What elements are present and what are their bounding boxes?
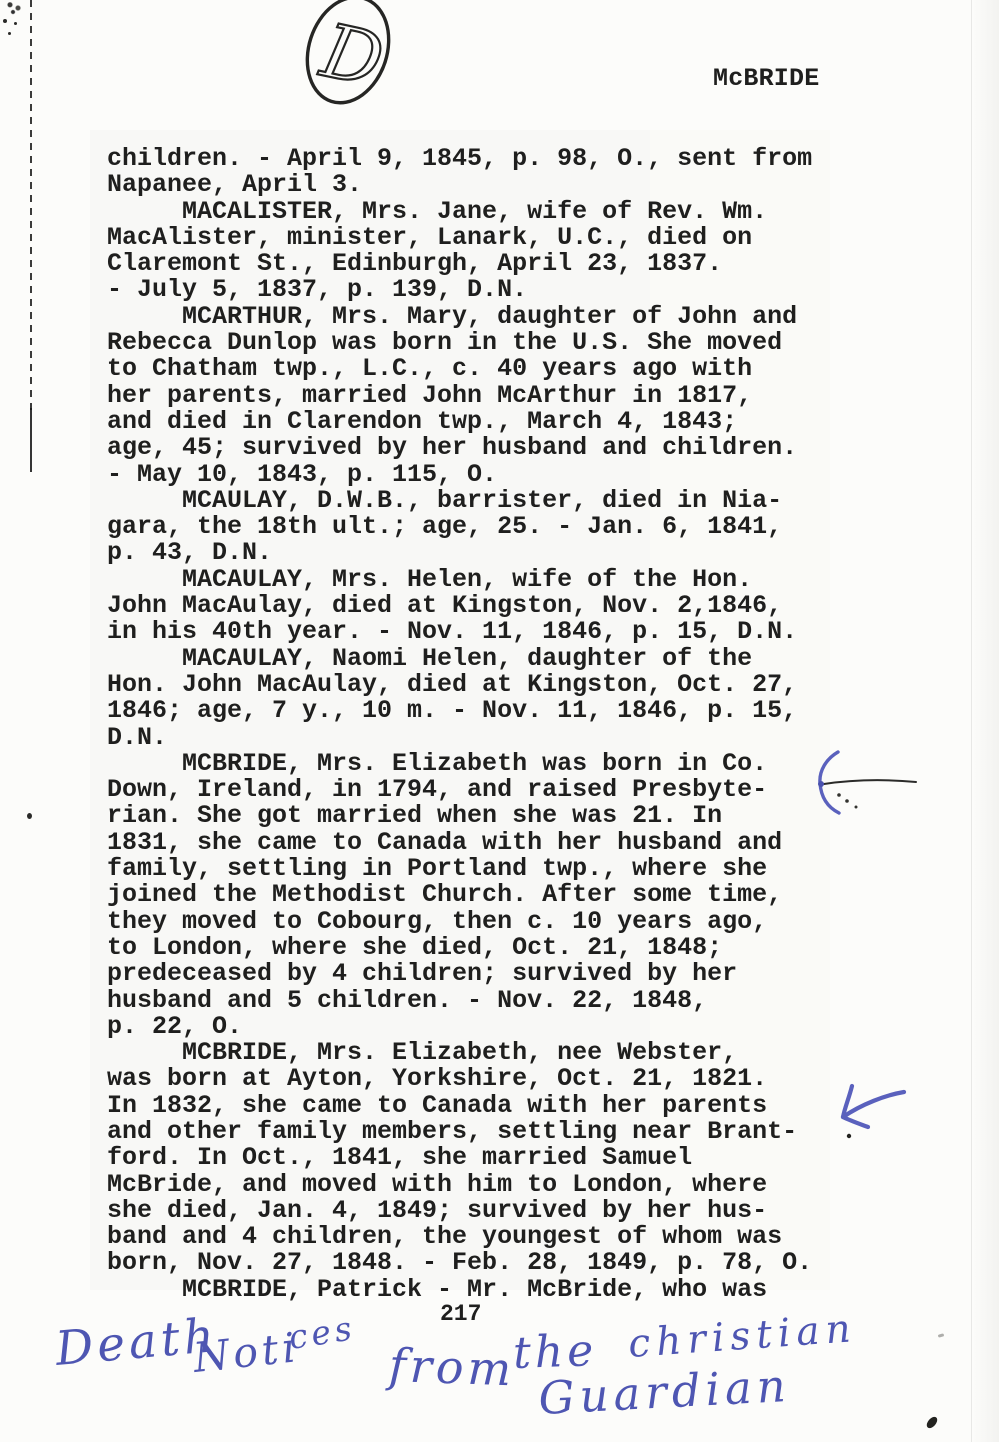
text-line: husband and 5 children. - Nov. 22, 1848, [107,988,812,1014]
left-dashed-scan-line [30,0,32,412]
text-line: MCBRIDE, Mrs. Elizabeth was born in Co. [107,751,812,777]
left-dashed-scan-line-end [30,408,32,472]
text-line: gara, the 18th ult.; age, 25. - Jan. 6, … [107,514,812,540]
handwriting-word-ces: ces [286,1308,358,1357]
circled-letter-d: D [313,7,391,104]
text-line: was born at Ayton, Yorkshire, Oct. 21, 1… [107,1066,812,1092]
text-line: band and 4 children, the youngest of who… [107,1224,812,1250]
text-line: rian. She got married when she was 21. I… [107,803,812,829]
scanned-document-page: D McBRIDE children. - April 9, 1845, p. … [0,0,999,1442]
ink-speck [8,32,11,35]
text-line: family, settling in Portland twp., where… [107,856,812,882]
text-line: MACALISTER, Mrs. Jane, wife of Rev. Wm. [107,199,812,225]
handwriting-word-christian: christian [627,1306,858,1367]
ink-speck [14,22,17,25]
text-line: MacAlister, minister, Lanark, U.C., died… [107,225,812,251]
text-line: age, 45; survived by her husband and chi… [107,435,812,461]
text-line: they moved to Cobourg, then c. 10 years … [107,909,812,935]
text-line: p. 43, D.N. [107,540,812,566]
text-line: and other family members, settling near … [107,1119,812,1145]
scan-edge-shadow [972,0,999,1442]
scan-smudge [4,0,24,16]
page-header: McBRIDE [713,64,819,93]
text-line: MACAULAY, Naomi Helen, daughter of the [107,646,812,672]
text-line: John MacAulay, died at Kingston, Nov. 2,… [107,593,812,619]
text-line: In 1832, she came to Canada with her par… [107,1093,812,1119]
text-line: McBride, and moved with him to London, w… [107,1172,812,1198]
text-line: MCBRIDE, Patrick - Mr. McBride, who was [107,1277,812,1303]
text-line: children. - April 9, 1845, p. 98, O., se… [107,146,812,172]
ink-speck [3,19,7,23]
text-line: p. 22, O. [107,1014,812,1040]
handwriting-word-from: from [388,1338,516,1396]
ink-speck [27,813,32,819]
text-line: D.N. [107,725,812,751]
ink-blot [925,1415,939,1430]
check-arrow-annotation [828,1074,924,1162]
text-line: - July 5, 1837, p. 139, D.N. [107,277,812,303]
text-line: MCARTHUR, Mrs. Mary, daughter of John an… [107,304,812,330]
text-line: she died, Jan. 4, 1849; survived by her … [107,1198,812,1224]
text-line: 1846; age, 7 y., 10 m. - Nov. 11, 1846, … [107,698,812,724]
body-text: children. - April 9, 1845, p. 98, O., se… [107,146,812,1303]
text-line: in his 40th year. - Nov. 11, 1846, p. 15… [107,619,812,645]
circled-letter-annotation: D [294,0,406,114]
text-line: 1831, she came to Canada with her husban… [107,830,812,856]
text-line: Down, Ireland, in 1794, and raised Presb… [107,777,812,803]
text-line: MCBRIDE, Mrs. Elizabeth, nee Webster, [107,1040,812,1066]
text-line: and died in Clarendon twp., March 4, 184… [107,409,812,435]
faint-pencil-mark [938,1333,945,1337]
text-line: Napanee, April 3. [107,172,812,198]
page-edge-line [971,0,972,1442]
text-line: - May 10, 1843, p. 115, O. [107,462,812,488]
text-line: ford. In Oct., 1841, she married Samuel [107,1145,812,1171]
text-line: to Chatham twp., L.C., c. 40 years ago w… [107,356,812,382]
left-arrow-annotation [806,740,930,820]
page-number: 217 [440,1301,481,1327]
text-line: Rebecca Dunlop was born in the U.S. She … [107,330,812,356]
text-line: joined the Methodist Church. After some … [107,882,812,908]
text-line: MACAULAY, Mrs. Helen, wife of the Hon. [107,567,812,593]
text-line: MCAULAY, D.W.B., barrister, died in Nia- [107,488,812,514]
handwriting-word-noti: Noti [191,1323,302,1382]
text-line: her parents, married John McArthur in 18… [107,383,812,409]
text-line: born, Nov. 27, 1848. - Feb. 28, 1849, p.… [107,1250,812,1276]
text-line: to London, where she died, Oct. 21, 1848… [107,935,812,961]
text-line: Claremont St., Edinburgh, April 23, 1837… [107,251,812,277]
text-line: Hon. John MacAulay, died at Kingston, Oc… [107,672,812,698]
text-line: predeceased by 4 children; survived by h… [107,961,812,987]
